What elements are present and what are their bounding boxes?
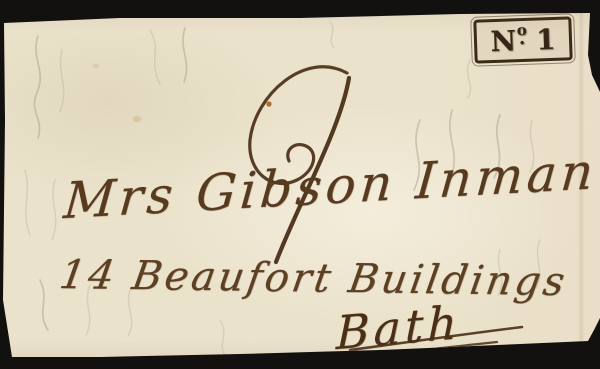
no1-postmark-stamp: N o . 1 <box>473 16 572 63</box>
letter-photo: N o . 1 Mrs Gibson Inman 14 Beaufort Bui… <box>0 0 600 369</box>
postmark-digit-1: 1 <box>535 22 556 56</box>
postmark-superscript-o: o . <box>517 26 528 44</box>
letter-paper: N o . 1 Mrs Gibson Inman 14 Beaufort Bui… <box>0 0 600 369</box>
city-line: Bath <box>336 295 462 360</box>
postmark-letter-n: N <box>490 24 517 58</box>
street-address-line: 14 Beaufort Buildings <box>56 252 570 305</box>
